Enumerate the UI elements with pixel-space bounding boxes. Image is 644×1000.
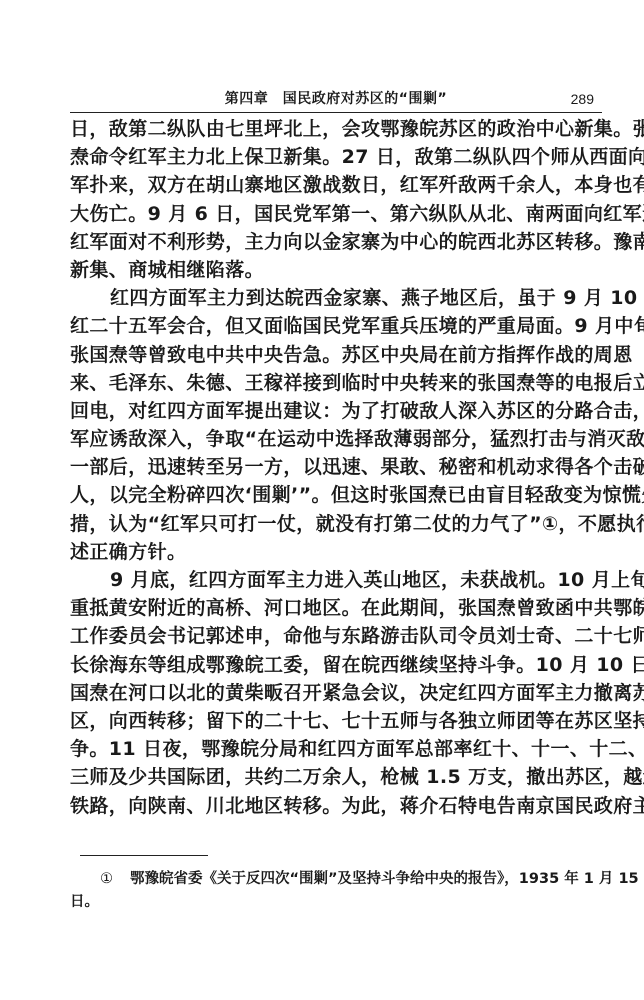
text-line: 一部后，迅速转至另一方，以迅速、果敢、秘密和机动求得各个击破敌	[70, 453, 604, 481]
footnote-mark: ①	[100, 868, 130, 891]
footnote-text: 鄂豫皖省委《关于反四次“围剿”及坚持斗争给中央的报告》，1935 年 1 月 1…	[130, 871, 639, 887]
text-line: 张国焘等曾致电中共中央告急。苏区中央局在前方指挥作战的周恩	[70, 341, 604, 369]
text-line: 铁路，向陕南、川北地区转移。为此，蒋介石特电告南京国民政府主席	[70, 792, 604, 820]
text-line: 红军面对不利形势，主力向以金家寨为中心的皖西北苏区转移。豫南	[70, 228, 604, 256]
paragraph-start: 9 月底，红四方面军主力进入英山地区，未获战机。10 月上旬西进	[70, 566, 604, 594]
footnote-rule	[80, 855, 208, 856]
text-line: 军扑来，双方在胡山寨地区激战数日，红军歼敌两千余人，本身也有较	[70, 171, 604, 199]
text-line: 述正确方针。	[70, 538, 604, 566]
footnotes: ①鄂豫皖省委《关于反四次“围剿”及坚持斗争给中央的报告》，1935 年 1 月 …	[70, 868, 604, 914]
text-line: 来、毛泽东、朱德、王稼祥接到临时中央转来的张国焘等的电报后立即	[70, 369, 604, 397]
text-line: 争。11 日夜，鄂豫皖分局和红四方面军总部率红十、十一、十二、七十	[70, 735, 604, 763]
text-line: 三师及少共国际团，共约二万余人，枪械 1.5 万支，撤出苏区，越过平汉	[70, 763, 604, 791]
text-line: 区，向西转移；留下的二十七、七十五师与各独立师团等在苏区坚持斗	[70, 707, 604, 735]
text-line: 长徐海东等组成鄂豫皖工委，留在皖西继续坚持斗争。10 月 10 日，张	[70, 651, 604, 679]
text-line: 新集、商城相继陷落。	[70, 256, 604, 284]
text-line: 回电，对红四方面军提出建议：为了打破敌人深入苏区的分路合击，红	[70, 397, 604, 425]
page-header: 第四章 国民政府对苏区的“围剿” 289	[70, 88, 602, 110]
text-line: 人，以完全粉碎四次‘围剿’”。但这时张国焘已由盲目轻敌变为惊慌失	[70, 481, 604, 509]
text-line: 重抵黄安附近的高桥、河口地区。在此期间，张国焘曾致函中共鄂皖边	[70, 594, 604, 622]
body-text: 日，敌第二纵队由七里坪北上，会攻鄂豫皖苏区的政治中心新集。张国 焘命令红军主力北…	[70, 115, 604, 820]
paragraph-start: 红四方面军主力到达皖西金家寨、燕子地区后，虽于 9 月 10 日同	[70, 284, 604, 312]
text-line: 大伤亡。9 月 6 日，国民党军第一、第六纵队从北、南两面向红军逼近。	[70, 200, 604, 228]
text-line: 焘命令红军主力北上保卫新集。27 日，敌第二纵队四个师从西面向红	[70, 143, 604, 171]
header-rule	[70, 112, 602, 113]
footnote-1-continued: 日。	[70, 891, 604, 914]
text-line: 日，敌第二纵队由七里坪北上，会攻鄂豫皖苏区的政治中心新集。张国	[70, 115, 604, 143]
text-line: 国焘在河口以北的黄柴畈召开紧急会议，决定红四方面军主力撤离苏	[70, 679, 604, 707]
text-line: 措，认为“红军只可打一仗，就没有打第二仗的力气了”①，不愿执行上	[70, 510, 604, 538]
page-number: 289	[571, 88, 594, 110]
footnote-1: ①鄂豫皖省委《关于反四次“围剿”及坚持斗争给中央的报告》，1935 年 1 月 …	[70, 868, 604, 891]
text-line: 军应诱敌深入，争取“在运动中选择敌薄弱部分，猛烈打击与消灭敌人	[70, 425, 604, 453]
text-line: 红二十五军会合，但又面临国民党军重兵压境的严重局面。9 月中旬，	[70, 312, 604, 340]
text-line: 工作委员会书记郭述申，命他与东路游击队司令员刘士奇、二十七师师	[70, 622, 604, 650]
running-title: 第四章 国民政府对苏区的“围剿”	[70, 88, 602, 110]
